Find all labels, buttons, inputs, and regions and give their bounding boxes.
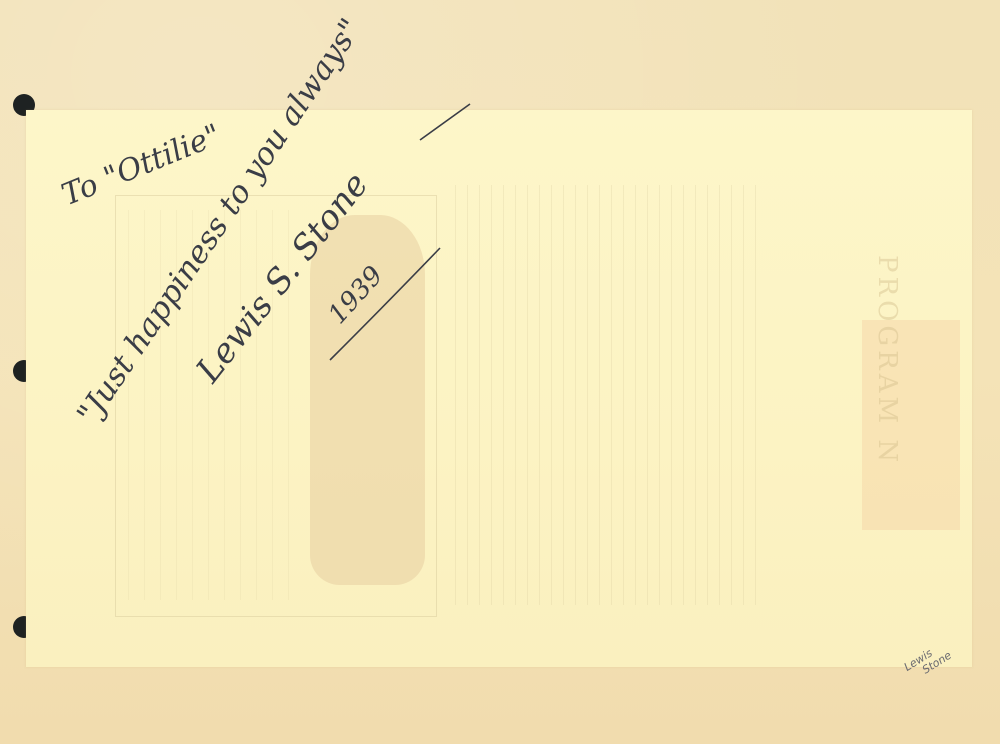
album-page: PROGRAM N To "Ottilie" "Just happiness t…: [0, 0, 1000, 744]
signature-underlines: [0, 0, 1000, 744]
